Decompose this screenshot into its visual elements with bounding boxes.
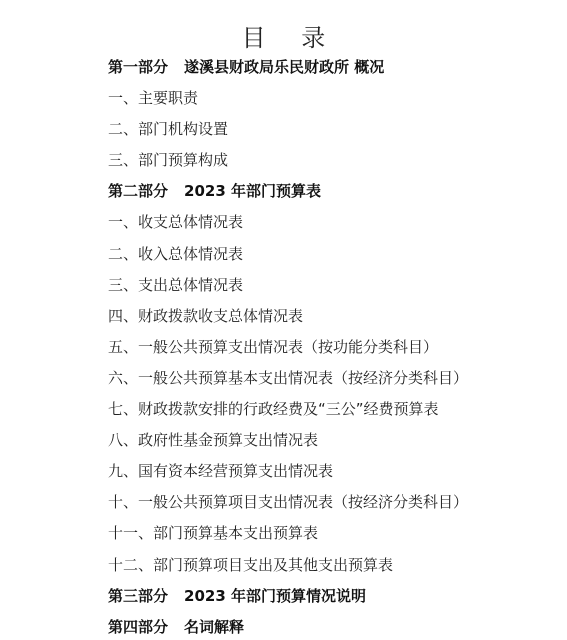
item-number: 一、	[108, 89, 138, 107]
toc-item[interactable]: 九、国有资本经营预算支出情况表	[108, 456, 468, 487]
item-title: 部门预算构成	[138, 151, 228, 169]
toc-item[interactable]: 八、政府性基金预算支出情况表	[108, 425, 468, 456]
part-number: 第三部分	[108, 581, 168, 612]
part-title: 2023 年部门预算表	[184, 182, 321, 200]
item-title: 收入总体情况表	[138, 245, 243, 263]
part-number: 第一部分	[108, 52, 168, 83]
item-title: 一般公共预算基本支出情况表（按经济分类科目）	[138, 369, 468, 387]
part-title: 2023 年部门预算情况说明	[184, 587, 366, 605]
item-title: 支出总体情况表	[138, 276, 243, 294]
table-of-contents: 第一部分遂溪县财政局乐民财政所 概况 一、主要职责 二、部门机构设置 三、部门预…	[108, 52, 468, 640]
toc-item[interactable]: 三、支出总体情况表	[108, 270, 468, 301]
toc-item[interactable]: 十、一般公共预算项目支出情况表（按经济分类科目）	[108, 487, 468, 518]
part-title: 名词解释	[184, 618, 244, 636]
item-title: 一般公共预算支出情况表（按功能分类科目）	[138, 338, 438, 356]
item-number: 十一、	[108, 524, 153, 542]
toc-item[interactable]: 二、收入总体情况表	[108, 239, 468, 270]
toc-part-4[interactable]: 第四部分名词解释	[108, 612, 468, 640]
part-number: 第二部分	[108, 176, 168, 207]
toc-item[interactable]: 四、财政拨款收支总体情况表	[108, 301, 468, 332]
item-number: 三、	[108, 151, 138, 169]
item-title: 财政拨款安排的行政经费及“三公”经费预算表	[138, 400, 439, 418]
item-number: 十二、	[108, 556, 153, 574]
toc-part-2[interactable]: 第二部分2023 年部门预算表	[108, 176, 468, 207]
item-number: 六、	[108, 369, 138, 387]
toc-item[interactable]: 三、部门预算构成	[108, 145, 468, 176]
toc-part-1[interactable]: 第一部分遂溪县财政局乐民财政所 概况	[108, 52, 468, 83]
toc-item[interactable]: 一、主要职责	[108, 83, 468, 114]
toc-item[interactable]: 七、财政拨款安排的行政经费及“三公”经费预算表	[108, 394, 468, 425]
toc-item[interactable]: 六、一般公共预算基本支出情况表（按经济分类科目）	[108, 363, 468, 394]
item-number: 九、	[108, 462, 138, 480]
part-title: 遂溪县财政局乐民财政所 概况	[184, 58, 384, 76]
item-number: 八、	[108, 431, 138, 449]
toc-item[interactable]: 十一、部门预算基本支出预算表	[108, 518, 468, 549]
toc-title: 目 录	[0, 18, 567, 53]
toc-part-3[interactable]: 第三部分2023 年部门预算情况说明	[108, 581, 468, 612]
item-number: 二、	[108, 120, 138, 138]
item-title: 部门机构设置	[138, 120, 228, 138]
document-page: 目 录 第一部分遂溪县财政局乐民财政所 概况 一、主要职责 二、部门机构设置 三…	[0, 0, 567, 640]
item-number: 五、	[108, 338, 138, 356]
item-title: 财政拨款收支总体情况表	[138, 307, 303, 325]
item-number: 一、	[108, 213, 138, 231]
item-title: 部门预算项目支出及其他支出预算表	[153, 556, 393, 574]
item-number: 四、	[108, 307, 138, 325]
item-title: 一般公共预算项目支出情况表（按经济分类科目）	[138, 493, 468, 511]
toc-item[interactable]: 一、收支总体情况表	[108, 207, 468, 238]
item-title: 收支总体情况表	[138, 213, 243, 231]
item-title: 主要职责	[138, 89, 198, 107]
toc-item[interactable]: 二、部门机构设置	[108, 114, 468, 145]
item-number: 七、	[108, 400, 138, 418]
item-number: 十、	[108, 493, 138, 511]
toc-item[interactable]: 五、一般公共预算支出情况表（按功能分类科目）	[108, 332, 468, 363]
toc-item[interactable]: 十二、部门预算项目支出及其他支出预算表	[108, 550, 468, 581]
item-title: 部门预算基本支出预算表	[153, 524, 318, 542]
part-number: 第四部分	[108, 612, 168, 640]
item-title: 国有资本经营预算支出情况表	[138, 462, 333, 480]
item-number: 三、	[108, 276, 138, 294]
item-number: 二、	[108, 245, 138, 263]
item-title: 政府性基金预算支出情况表	[138, 431, 318, 449]
